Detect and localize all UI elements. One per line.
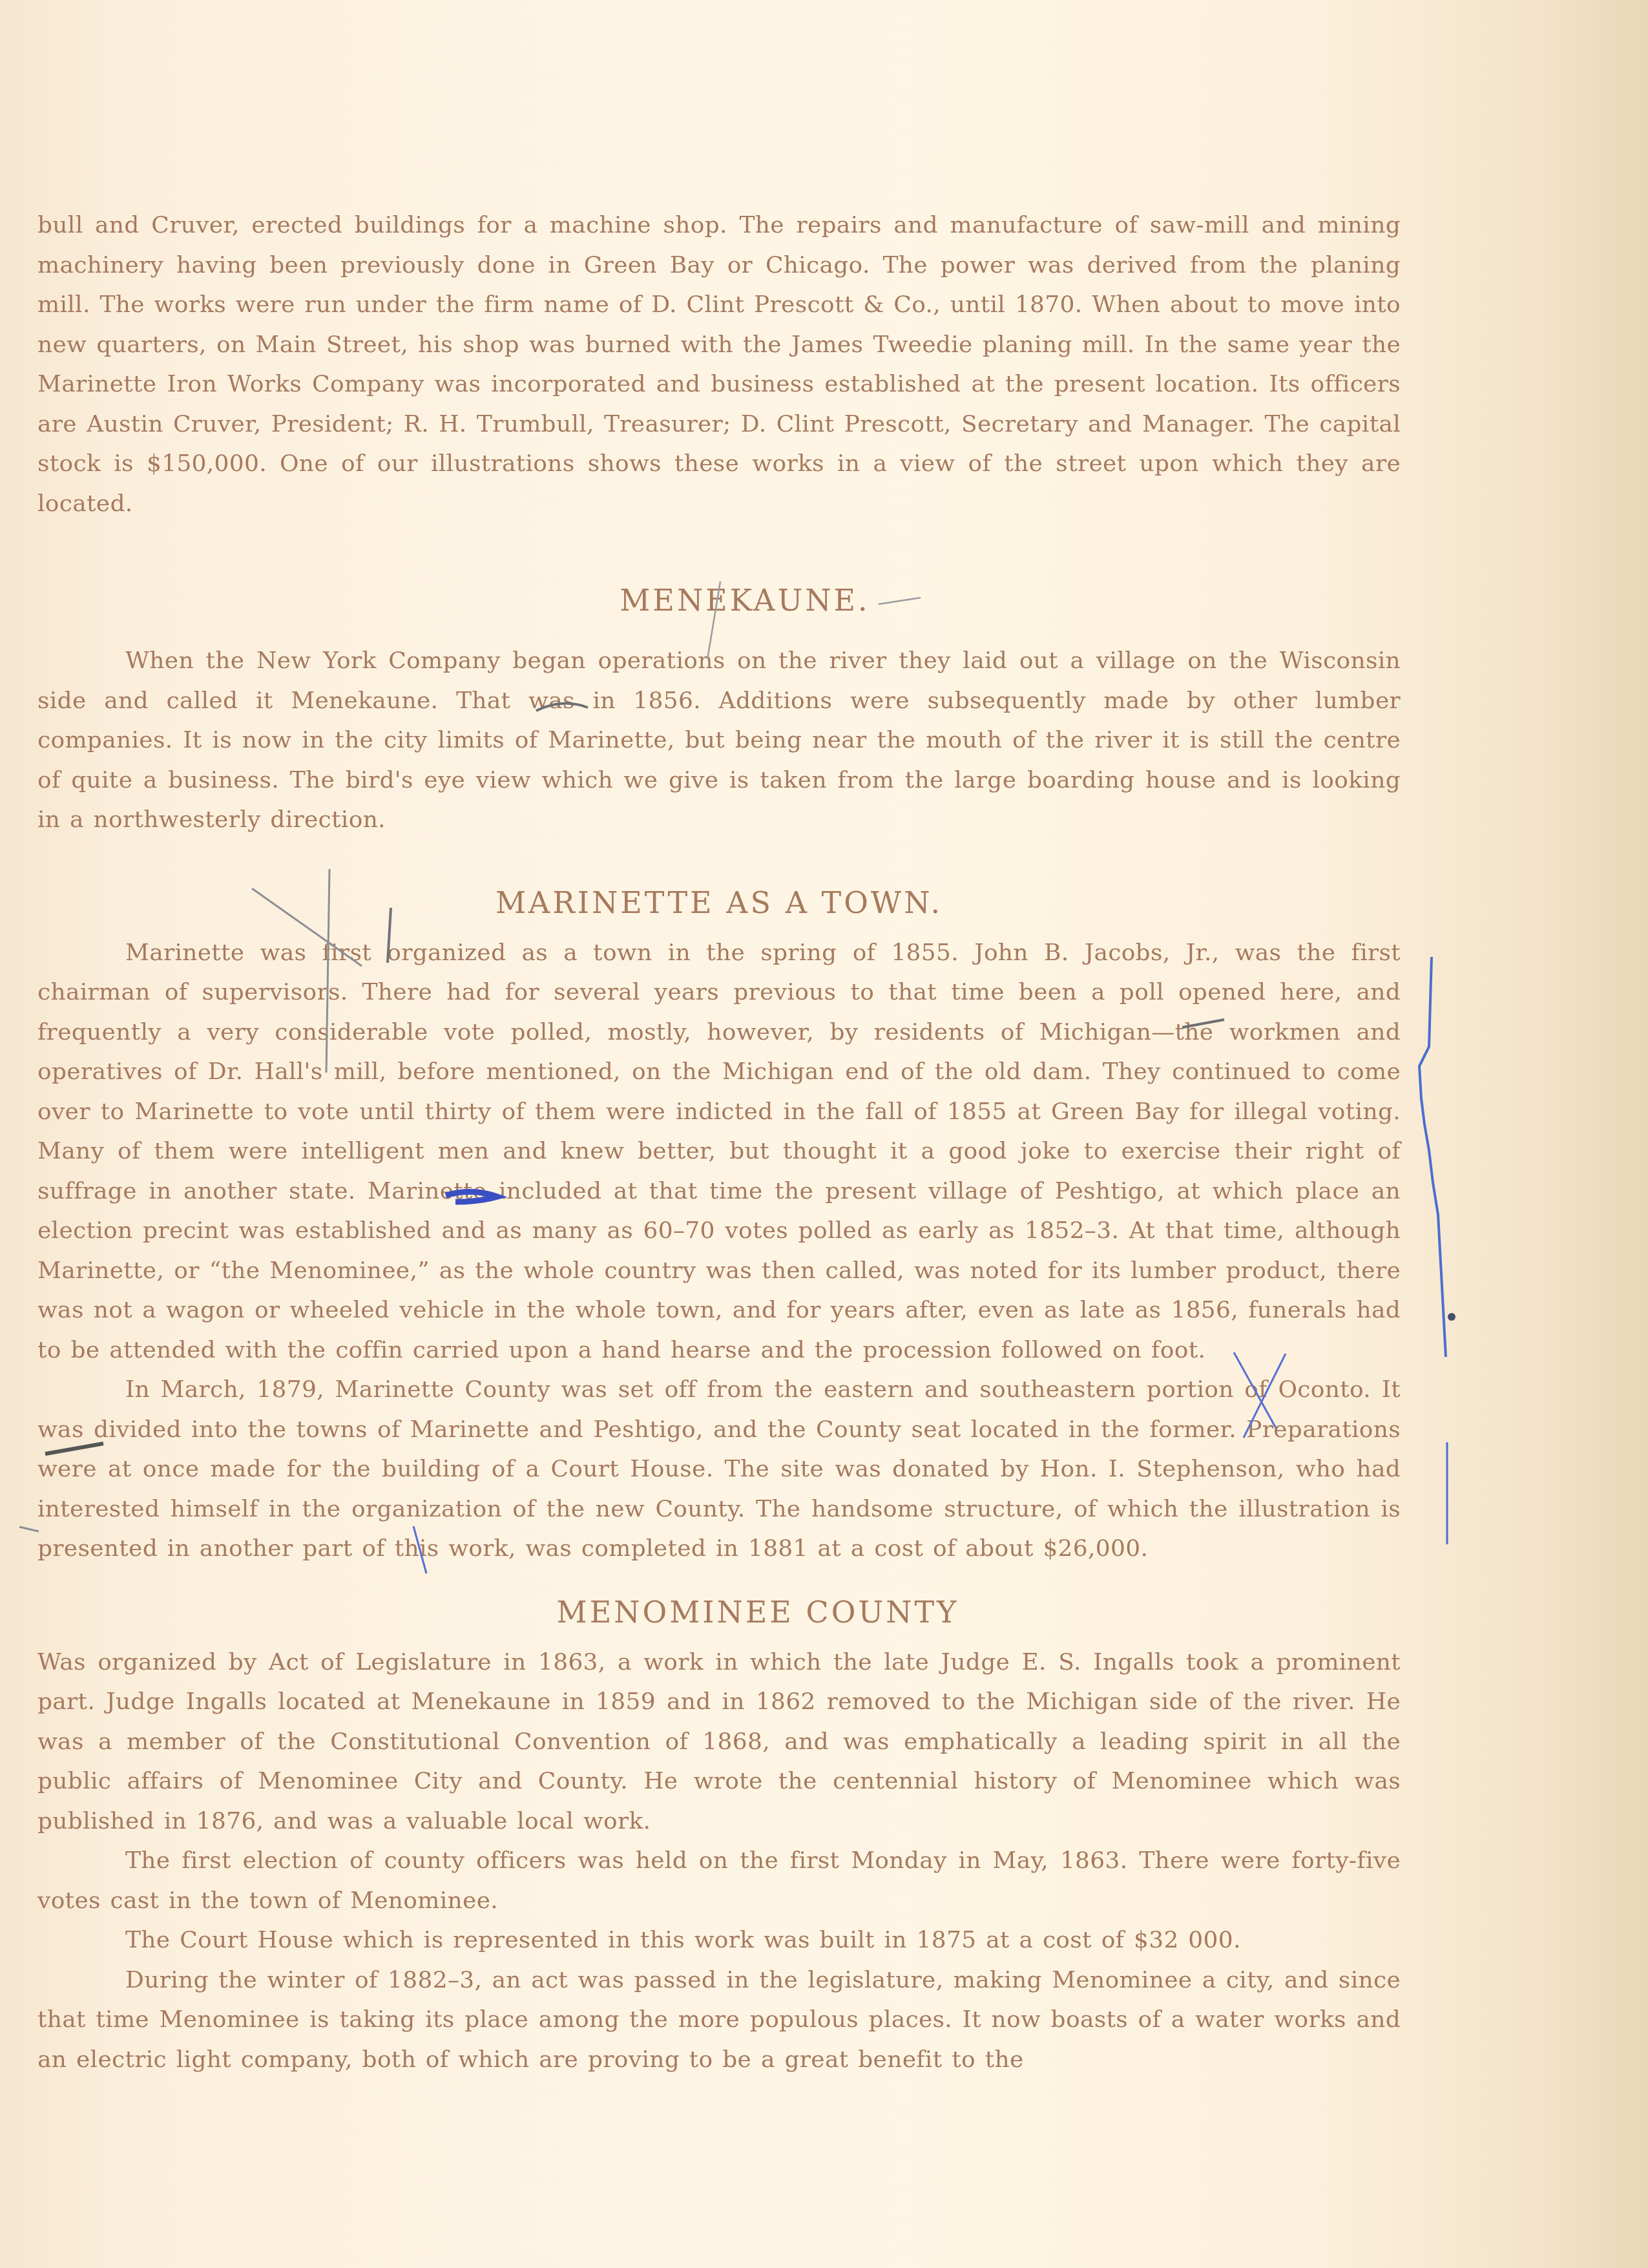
menominee-county-paragraph-3: The Court House which is represented in … bbox=[37, 1920, 1401, 1960]
menominee-county-paragraph-4: During the winter of 1882–3, an act was … bbox=[37, 1960, 1401, 2080]
marinette-town-paragraph-2: In March, 1879, Marinette County was set… bbox=[37, 1370, 1401, 1569]
intro-paragraph: bull and Cruver, erected buildings for a… bbox=[37, 205, 1401, 523]
menominee-county-paragraph-2: The first election of county officers wa… bbox=[37, 1841, 1401, 1920]
menekaune-paragraph: When the New York Company began operatio… bbox=[37, 641, 1401, 840]
menominee-county-paragraph-1: Was organized by Act of Legislature in 1… bbox=[37, 1643, 1401, 1842]
marinette-town-paragraph-1: Marinette was first organized as a town … bbox=[37, 933, 1401, 1370]
heading-marinette-as-a-town: MARINETTE AS A TOWN. bbox=[37, 885, 1401, 920]
document-page: bull and Cruver, erected buildings for a… bbox=[37, 205, 1401, 2079]
heading-menekaune: MENEKAUNE. bbox=[37, 583, 1401, 618]
heading-menominee-county: MENOMINEE COUNTY bbox=[37, 1595, 1401, 1630]
